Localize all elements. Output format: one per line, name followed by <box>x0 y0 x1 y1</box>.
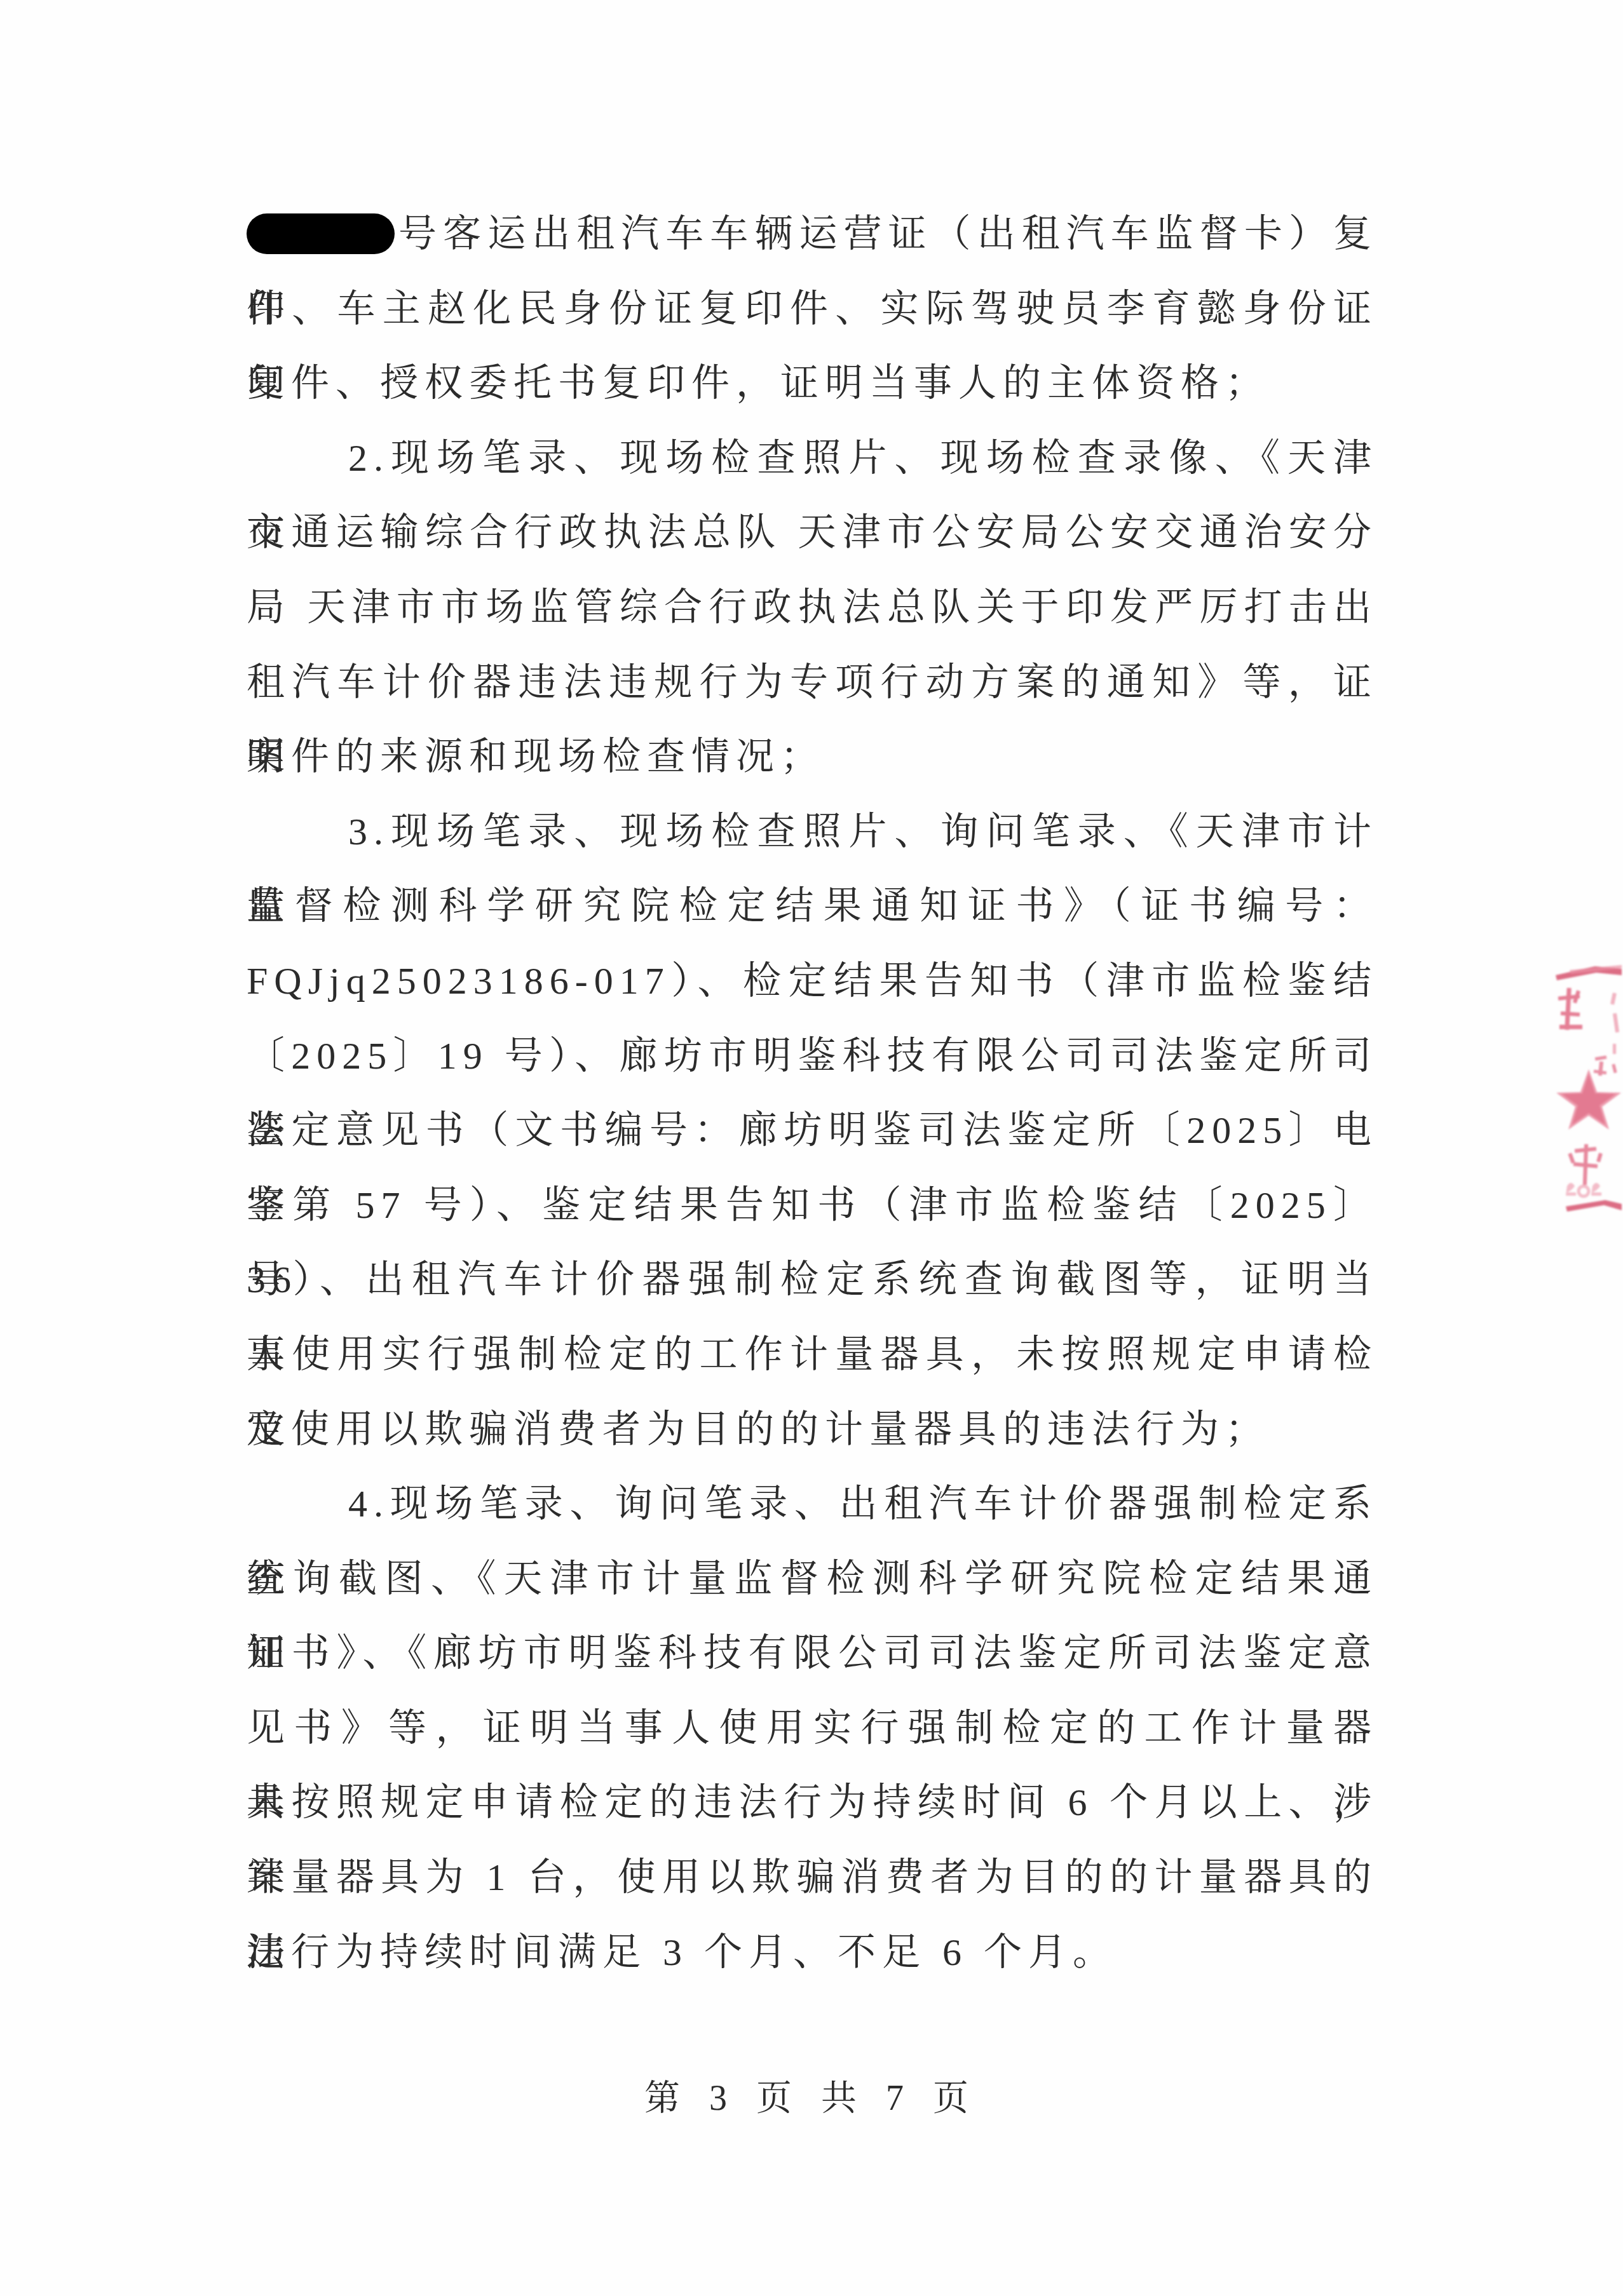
paragraph: 3.现场笔录、现场检查照片、询问笔录、《天津市计量监督检测科学研究院检定结果通知… <box>247 795 1378 1467</box>
text-line: 号）、出租汽车计价器强制检定系统查询截图等，证明当事 <box>247 1243 1378 1318</box>
text-line: 监督检测科学研究院检定结果通知证书》（证书编号： <box>247 869 1378 944</box>
text-line: 鉴定意见书（文书编号：廊坊明鉴司法鉴定所〔2025〕电鉴 <box>247 1093 1378 1168</box>
text-line: 局 天津市市场监管综合行政执法总队关于印发严厉打击出 <box>247 571 1378 645</box>
text-line: 人使用实行强制检定的工作计量器具，未按照规定申请检定 <box>247 1318 1378 1393</box>
text-line: 印件、授权委托书复印件，证明当事人的主体资格； <box>247 346 1378 421</box>
text-line: 证书》、《廊坊市明鉴科技有限公司司法鉴定所司法鉴定意 <box>247 1616 1378 1691</box>
text-line: 4.现场笔录、询问笔录、出租汽车计价器强制检定系统 <box>247 1467 1378 1542</box>
text-line: 案件的来源和现场检查情况； <box>247 720 1378 795</box>
text-line: 法行为持续时间满足 3 个月、不足 6 个月。 <box>247 1915 1378 1990</box>
redaction-box <box>247 213 395 254</box>
text-line: 租汽车计价器违法违规行为专项行动方案的通知》等，证明 <box>247 645 1378 720</box>
text-line: 〔2025〕19 号）、廊坊市明鉴科技有限公司司法鉴定所司法 <box>247 1019 1378 1094</box>
official-seal-fragment-icon <box>1551 962 1623 1217</box>
text-line: 见书》等，证明当事人使用实行强制检定的工作计量器具， <box>247 1691 1378 1766</box>
text-line: 交通运输综合行政执法总队 天津市公安局公安交通治安分 <box>247 496 1378 571</box>
paragraph: 2.现场笔录、现场检查照片、现场检查录像、《天津市交通运输综合行政执法总队 天津… <box>247 421 1378 795</box>
paragraph: 号客运出租汽车车辆运营证（出租汽车监督卡）复印件、车主赵化民身份证复印件、实际驾… <box>247 197 1378 421</box>
text-line: 3.现场笔录、现场检查照片、询问笔录、《天津市计量 <box>247 795 1378 870</box>
text-line: 计量器具为 1 台，使用以欺骗消费者为目的的计量器具的违 <box>247 1840 1378 1915</box>
document-page: 号客运出租汽车车辆运营证（出租汽车监督卡）复印件、车主赵化民身份证复印件、实际驾… <box>0 0 1623 2296</box>
paragraph: 4.现场笔录、询问笔录、出租汽车计价器强制检定系统查询截图、《天津市计量监督检测… <box>247 1467 1378 1990</box>
text-line: 未按照规定申请检定的违法行为持续时间 6 个月以上、涉案 <box>247 1766 1378 1840</box>
text-block: 号客运出租汽车车辆运营证（出租汽车监督卡）复印件、车主赵化民身份证复印件、实际驾… <box>247 197 1378 1990</box>
page-footer: 第 3 页 共 7 页 <box>0 2070 1623 2121</box>
text-line: 件、车主赵化民身份证复印件、实际驾驶员李育懿身份证复 <box>247 272 1378 347</box>
text-line: 及使用以欺骗消费者为目的的计量器具的违法行为； <box>247 1393 1378 1468</box>
text-line: FQJjq25023186-017）、检定结果告知书（津市监检鉴结 <box>247 944 1378 1019</box>
text-line: 2.现场笔录、现场检查照片、现场检查录像、《天津市 <box>247 421 1378 496</box>
text-line: 号客运出租汽车车辆运营证（出租汽车监督卡）复印 <box>247 197 1378 272</box>
text-line: 字第 57 号）、鉴定结果告知书（津市监检鉴结〔2025〕36 <box>247 1168 1378 1243</box>
text-line: 查询截图、《天津市计量监督检测科学研究院检定结果通知 <box>247 1542 1378 1617</box>
